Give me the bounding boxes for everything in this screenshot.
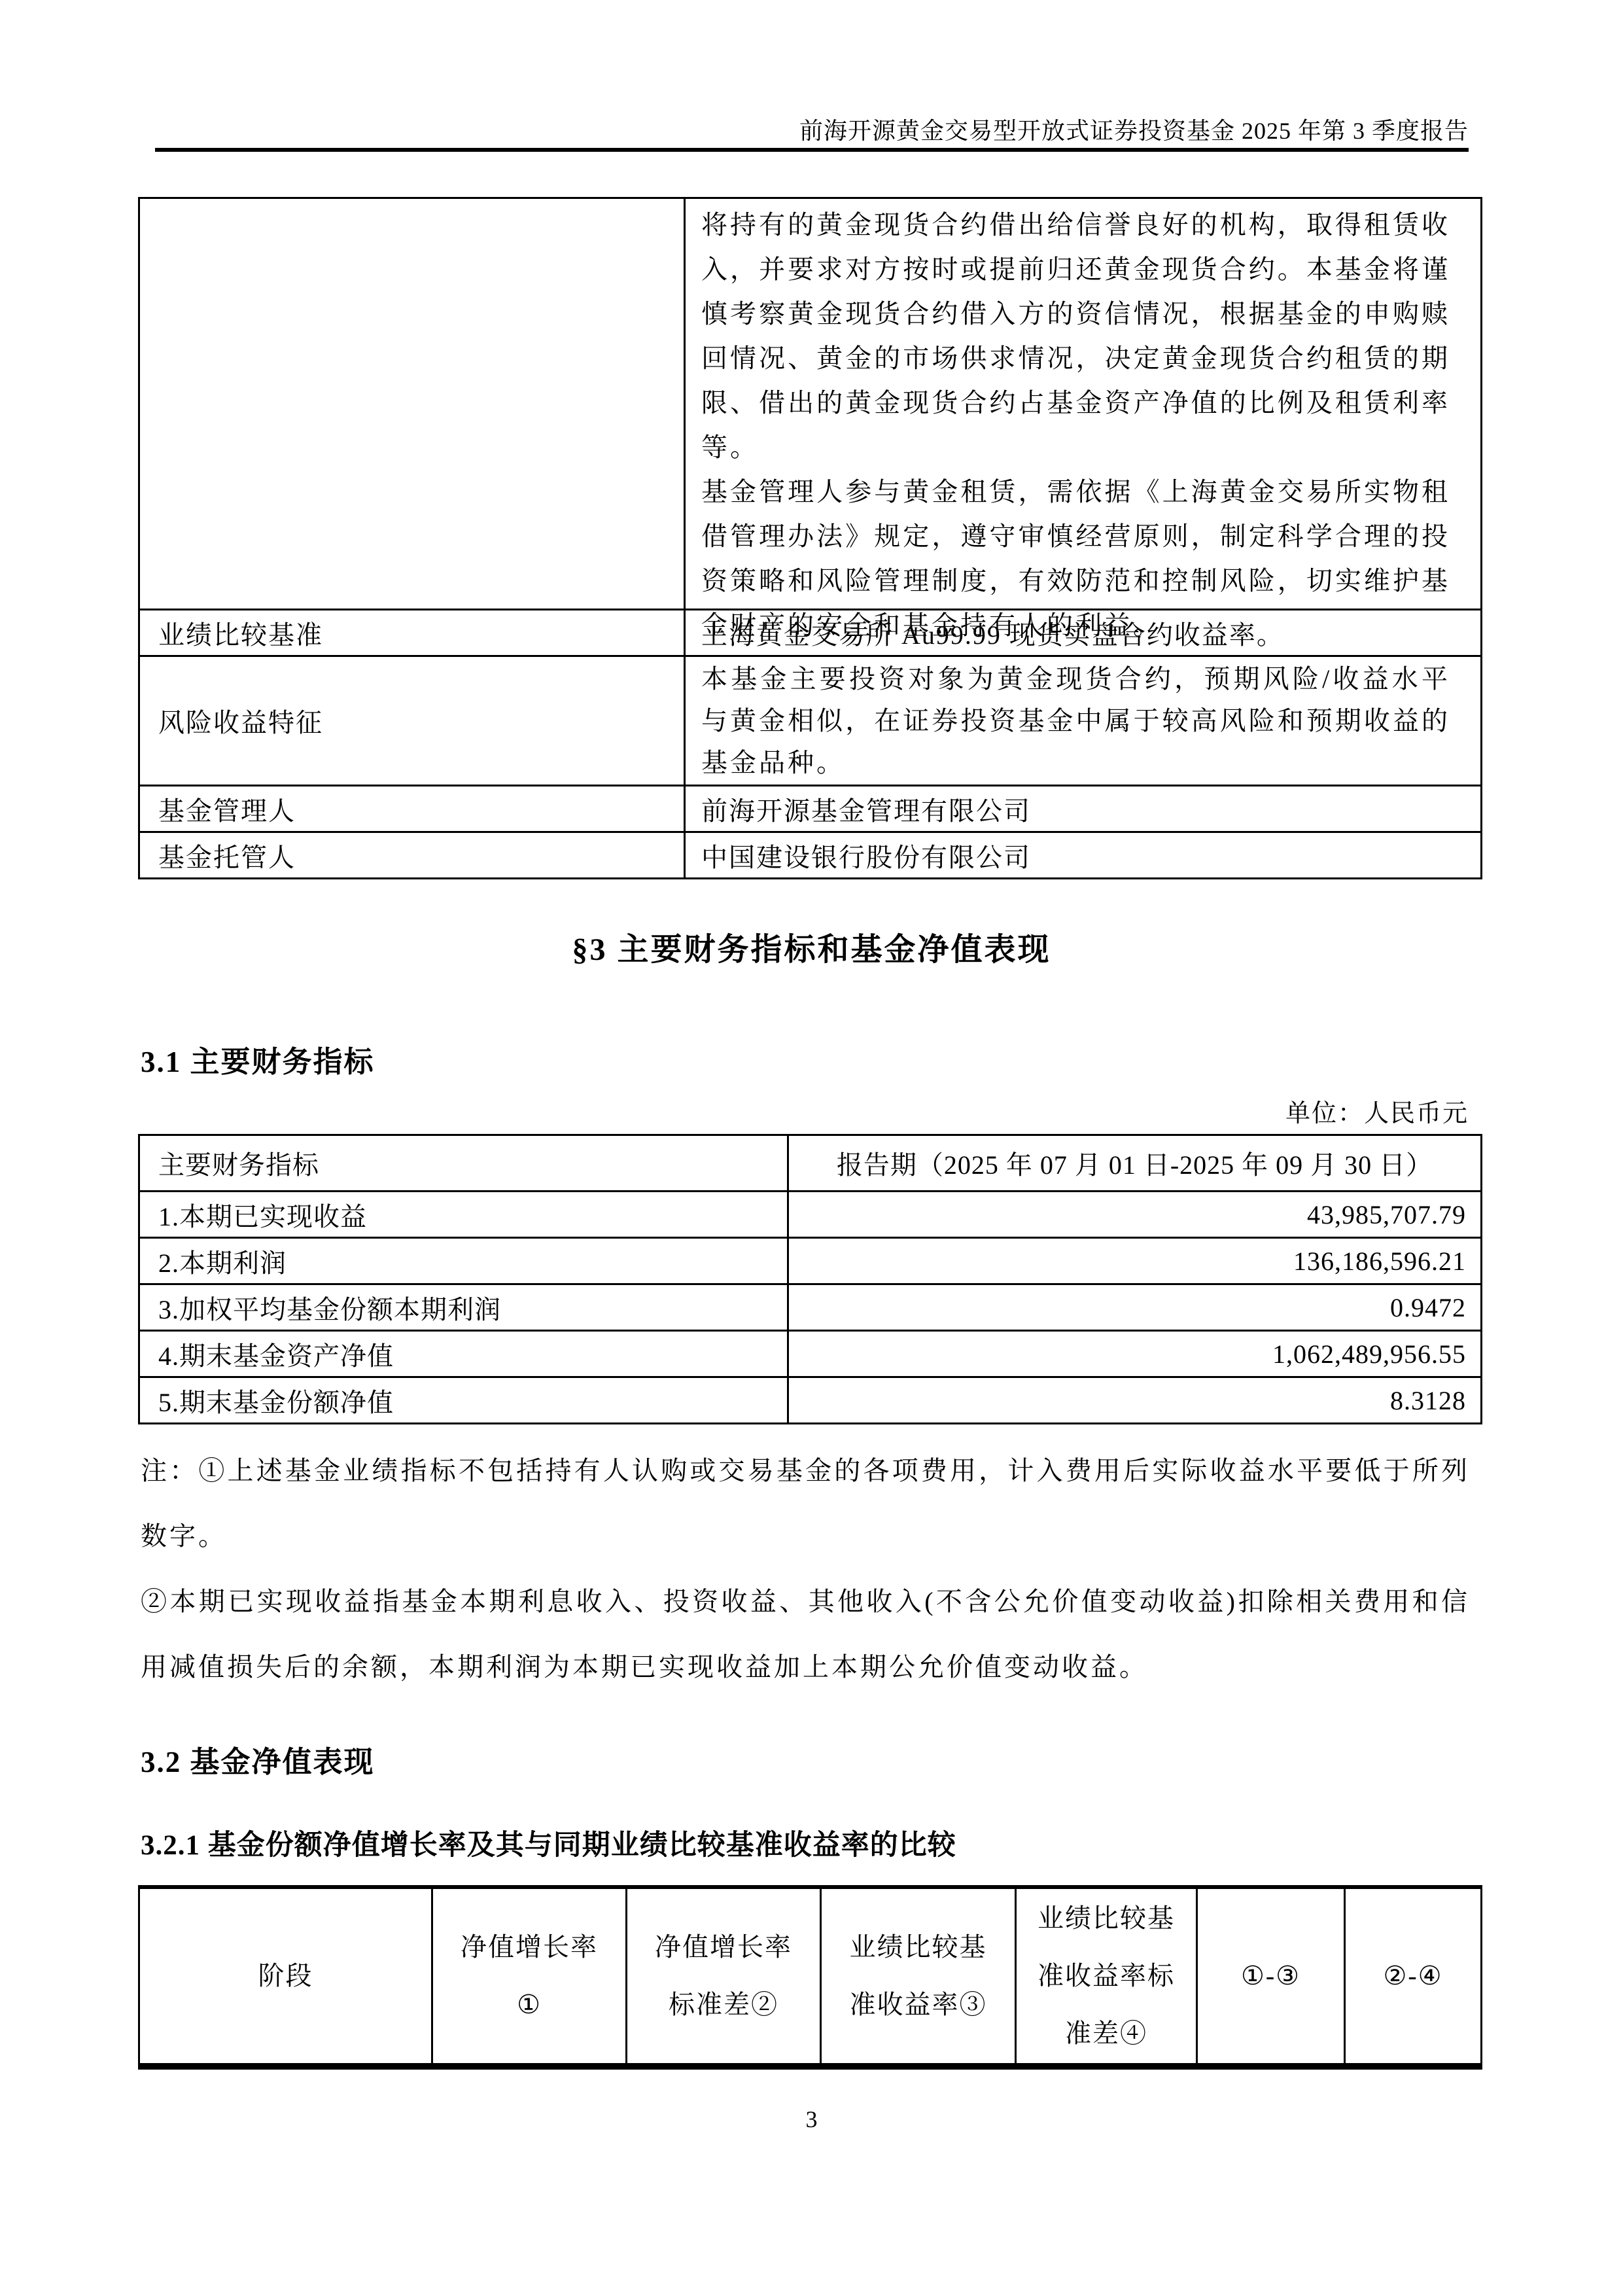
notes-paragraph-2: ②本期已实现收益指基金本期利息收入、投资收益、其他收入(不含公允价值变动收益)扣… (141, 1569, 1470, 1700)
page-number: 3 (0, 2106, 1623, 2133)
row-label-realized-income: 1.本期已实现收益 (140, 1192, 789, 1237)
notes-block: 注：①上述基金业绩指标不包括持有人认购或交易基金的各项费用，计入费用后实际收益水… (141, 1438, 1470, 1700)
row-value-realized-income: 43,985,707.79 (789, 1192, 1480, 1237)
perf-header-benchmark-stddev: 业绩比较基 准收益率标 准差④ (1017, 1889, 1198, 2063)
table-row-investment-strategy: 将持有的黄金现货合约借出给信誉良好的机构，取得租赁收入，并要求对方按时或提前归还… (140, 199, 1480, 609)
report-page: { "page": { "header_title": "前海开源黄金交易型开放… (0, 0, 1623, 2296)
section-3-2-title: 3.2 基金净值表现 (141, 1738, 375, 1780)
section-3-2-1-title: 3.2.1 基金份额净值增长率及其与同期业绩比较基准收益率的比较 (141, 1823, 956, 1863)
table-row-fund-custodian: 基金托管人 中国建设银行股份有限公司 (140, 831, 1480, 877)
header-cell-indicator: 主要财务指标 (140, 1136, 789, 1190)
page-header-title: 前海开源黄金交易型开放式证券投资基金 2025 年第 3 季度报告 (141, 113, 1469, 146)
financial-indicators-table: 主要财务指标 报告期（2025 年 07 月 01 日-2025 年 09 月 … (138, 1134, 1482, 1424)
row-label-weighted-avg-profit: 3.加权平均基金份额本期利润 (140, 1285, 789, 1330)
fund-info-table: 将持有的黄金现货合约借出给信誉良好的机构，取得租赁收入，并要求对方按时或提前归还… (138, 197, 1482, 879)
table-row-realized-income: 1.本期已实现收益 43,985,707.79 (140, 1190, 1480, 1237)
table-row-net-asset-value: 4.期末基金资产净值 1,062,489,956.55 (140, 1330, 1480, 1376)
row-label-profit: 2.本期利润 (140, 1239, 789, 1283)
strategy-paragraph-1: 将持有的黄金现货合约借出给信誉良好的机构，取得租赁收入，并要求对方按时或提前归还… (701, 203, 1450, 470)
row-value-weighted-avg-profit: 0.9472 (789, 1285, 1480, 1330)
header-cell-reporting-period: 报告期（2025 年 07 月 01 日-2025 年 09 月 30 日） (789, 1136, 1480, 1190)
cell-label-empty (140, 199, 686, 609)
perf-header-benchmark-return: 业绩比较基 准收益率③ (822, 1889, 1017, 2063)
cell-label-benchmark: 业绩比较基准 (140, 610, 686, 655)
perf-header-stage: 阶段 (140, 1889, 433, 2063)
row-value-nav-per-share: 8.3128 (789, 1378, 1480, 1422)
cell-value-fund-custodian: 中国建设银行股份有限公司 (686, 833, 1480, 877)
cell-label-fund-custodian: 基金托管人 (140, 833, 686, 877)
table-row-profit: 2.本期利润 136,186,596.21 (140, 1237, 1480, 1283)
unit-note: 单位：人民币元 (141, 1093, 1469, 1129)
risk-return-paragraph: 本基金主要投资对象为黄金现货合约，预期风险/收益水平与黄金相似，在证券投资基金中… (701, 658, 1450, 784)
section-3-1-title: 3.1 主要财务指标 (141, 1038, 375, 1080)
notes-paragraph-1: 注：①上述基金业绩指标不包括持有人认购或交易基金的各项费用，计入费用后实际收益水… (141, 1438, 1470, 1569)
table-row-benchmark: 业绩比较基准 上海黄金交易所 Au99.99 现货实盘合约收益率。 (140, 609, 1480, 655)
section-3-title: §3 主要财务指标和基金净值表现 (0, 924, 1623, 969)
row-value-profit: 136,186,596.21 (789, 1239, 1480, 1283)
perf-header-nav-growth: 净值增长率 ① (433, 1889, 627, 2063)
cell-value-fund-manager: 前海开源基金管理有限公司 (686, 786, 1480, 831)
table-row-weighted-avg-profit: 3.加权平均基金份额本期利润 0.9472 (140, 1283, 1480, 1330)
performance-comparison-table: 阶段 净值增长率 ① 净值增长率 标准差② 业绩比较基 准收益率③ 业绩比较基 … (138, 1885, 1482, 2070)
row-value-net-asset-value: 1,062,489,956.55 (789, 1332, 1480, 1376)
table-row-nav-per-share: 5.期末基金份额净值 8.3128 (140, 1376, 1480, 1422)
header-rule (155, 148, 1469, 152)
cell-label-fund-manager: 基金管理人 (140, 786, 686, 831)
cell-value-benchmark: 上海黄金交易所 Au99.99 现货实盘合约收益率。 (686, 610, 1480, 655)
row-label-nav-per-share: 5.期末基金份额净值 (140, 1378, 789, 1422)
cell-value-risk-return: 本基金主要投资对象为黄金现货合约，预期风险/收益水平与黄金相似，在证券投资基金中… (686, 657, 1480, 785)
perf-header-diff-2-4: ②-④ (1346, 1889, 1480, 2063)
cell-label-risk-return: 风险收益特征 (140, 657, 686, 785)
cell-value-strategy-text: 将持有的黄金现货合约借出给信誉良好的机构，取得租赁收入，并要求对方按时或提前归还… (686, 199, 1480, 609)
table-row-fund-manager: 基金管理人 前海开源基金管理有限公司 (140, 785, 1480, 831)
table-row-risk-return: 风险收益特征 本基金主要投资对象为黄金现货合约，预期风险/收益水平与黄金相似，在… (140, 655, 1480, 785)
row-label-net-asset-value: 4.期末基金资产净值 (140, 1332, 789, 1376)
perf-header-nav-growth-stddev: 净值增长率 标准差② (627, 1889, 822, 2063)
financial-table-header-row: 主要财务指标 报告期（2025 年 07 月 01 日-2025 年 09 月 … (140, 1136, 1480, 1190)
perf-header-diff-1-3: ①-③ (1198, 1889, 1346, 2063)
